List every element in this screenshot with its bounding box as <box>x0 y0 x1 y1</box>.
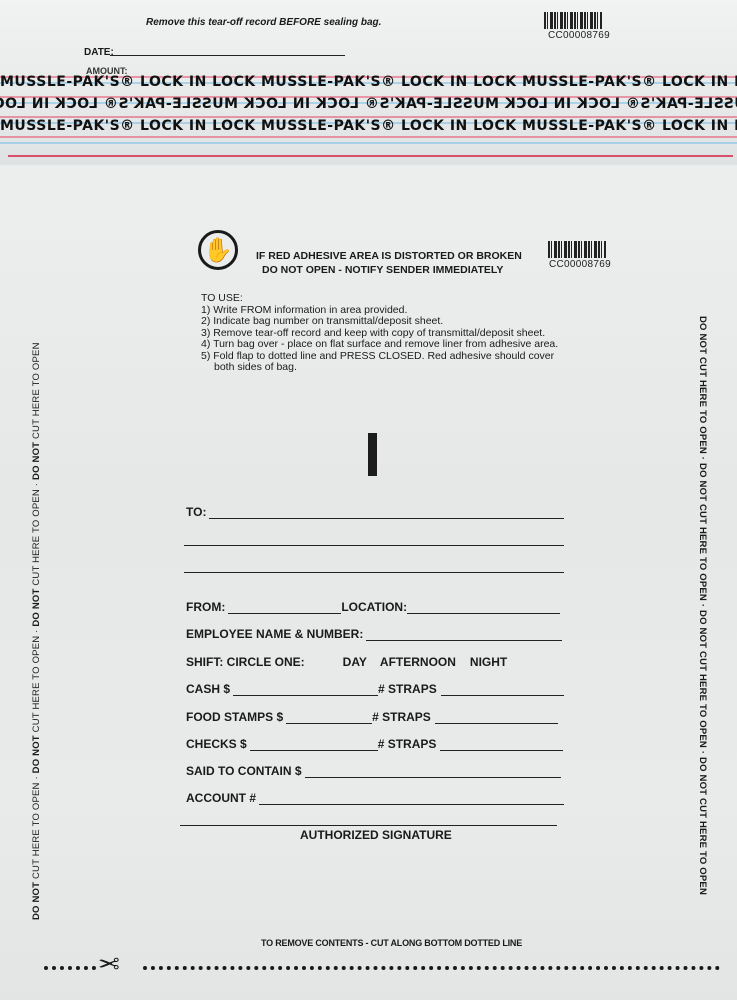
cash-label: CASH $ <box>186 682 230 696</box>
checks-field[interactable] <box>250 740 378 751</box>
instruction-step: both sides of bag. <box>201 362 558 374</box>
instruction-step: 4) Turn bag over - place on flat surface… <box>201 339 558 351</box>
tamper-warning: IF RED ADHESIVE AREA IS DISTORTED OR BRO… <box>256 249 522 277</box>
cash-row: CASH $ # STRAPS <box>186 682 564 696</box>
straps-label: # STRAPS <box>372 710 431 724</box>
barcode-icon <box>548 241 606 258</box>
to-line-3 <box>184 562 564 573</box>
location-field[interactable] <box>407 603 560 614</box>
said-to-contain-label: SAID TO CONTAIN $ <box>186 764 302 778</box>
cash-field[interactable] <box>233 685 378 696</box>
straps-label: # STRAPS <box>378 737 437 751</box>
employee-row: EMPLOYEE NAME & NUMBER: <box>186 627 562 641</box>
to-row: TO: <box>186 505 564 519</box>
to-field-2[interactable] <box>184 535 564 546</box>
deposit-bag: Remove this tear-off record BEFORE seali… <box>0 0 737 1000</box>
signature-field[interactable] <box>180 825 557 826</box>
flap-serial-number: CC00008769 <box>548 30 610 41</box>
date-field[interactable] <box>110 55 345 56</box>
shift-option-night[interactable]: NIGHT <box>470 655 507 669</box>
checks-label: CHECKS $ <box>186 737 247 751</box>
tearoff-note: Remove this tear-off record BEFORE seali… <box>146 17 381 28</box>
scissors-icon: ✂ <box>98 951 120 977</box>
side-warning-right: DO NOT CUT HERE TO OPEN · DO NOT CUT HER… <box>697 316 708 895</box>
shift-row: SHIFT: CIRCLE ONE: DAY AFTERNOON NIGHT <box>186 655 507 669</box>
cash-straps-field[interactable] <box>441 685 564 696</box>
shift-option-afternoon[interactable]: AFTERNOON <box>380 655 456 669</box>
shift-label: SHIFT: CIRCLE ONE: <box>186 655 305 669</box>
location-label: LOCATION: <box>341 600 407 614</box>
instruction-step: 2) Indicate bag number on transmittal/de… <box>201 316 558 328</box>
adhesive-seal-strip: MUSSLE-PAK'S® LOCK IN LOCK MUSSLE-PAK'S®… <box>0 70 737 150</box>
checks-row: CHECKS $ # STRAPS <box>186 737 563 751</box>
to-field[interactable] <box>209 508 564 519</box>
from-row: FROM: LOCATION: <box>186 600 560 614</box>
food-stamps-straps-field[interactable] <box>435 713 558 724</box>
stop-hand-icon: ✋ <box>198 230 238 270</box>
cut-line-left <box>44 966 96 970</box>
straps-label: # STRAPS <box>378 682 437 696</box>
to-line-2 <box>184 535 564 546</box>
fold-mark <box>368 433 377 476</box>
checks-straps-field[interactable] <box>440 740 563 751</box>
side-warning-left: DO NOT CUT HERE TO OPEN · DO NOT CUT HER… <box>31 342 42 920</box>
seal-brand-row: MUSSLE-PAK'S® LOCK IN LOCK MUSSLE-PAK'S®… <box>0 118 737 134</box>
seal-brand-row: MUSSLE-PAK'S® LOCK IN LOCK MUSSLE-PAK'S®… <box>0 74 737 90</box>
account-field[interactable] <box>259 794 564 805</box>
account-label: ACCOUNT # <box>186 791 256 805</box>
barcode-icon <box>544 12 602 29</box>
account-row: ACCOUNT # <box>186 791 564 805</box>
instructions-heading: TO USE: <box>201 293 558 305</box>
employee-field[interactable] <box>366 630 562 641</box>
seal-red-line <box>8 155 733 157</box>
cut-instruction: TO REMOVE CONTENTS - CUT ALONG BOTTOM DO… <box>261 938 522 948</box>
to-field-3[interactable] <box>184 562 564 573</box>
bag-serial-number: CC00008769 <box>549 259 611 270</box>
instructions: TO USE: 1) Write FROM information in are… <box>201 293 558 374</box>
food-stamps-row: FOOD STAMPS $ # STRAPS <box>186 710 558 724</box>
said-to-contain-field[interactable] <box>305 767 561 778</box>
cut-line <box>143 966 720 970</box>
employee-label: EMPLOYEE NAME & NUMBER: <box>186 627 363 641</box>
seal-brand-row: MUSSLE-PAK'S® LOCK IN LOCK MUSSLE-PAK'S®… <box>0 96 737 112</box>
to-label: TO: <box>186 505 206 519</box>
tear-off-flap: Remove this tear-off record BEFORE seali… <box>0 0 737 165</box>
shift-option-day[interactable]: DAY <box>343 655 367 669</box>
date-label: DATE: <box>84 47 114 58</box>
from-label: FROM: <box>186 600 225 614</box>
warning-line-1: IF RED ADHESIVE AREA IS DISTORTED OR BRO… <box>256 249 522 263</box>
food-stamps-label: FOOD STAMPS $ <box>186 710 283 724</box>
said-to-contain-row: SAID TO CONTAIN $ <box>186 764 561 778</box>
signature-label: AUTHORIZED SIGNATURE <box>300 828 452 842</box>
food-stamps-field[interactable] <box>286 713 372 724</box>
from-field[interactable] <box>228 603 341 614</box>
warning-line-2: DO NOT OPEN - NOTIFY SENDER IMMEDIATELY <box>256 263 522 277</box>
